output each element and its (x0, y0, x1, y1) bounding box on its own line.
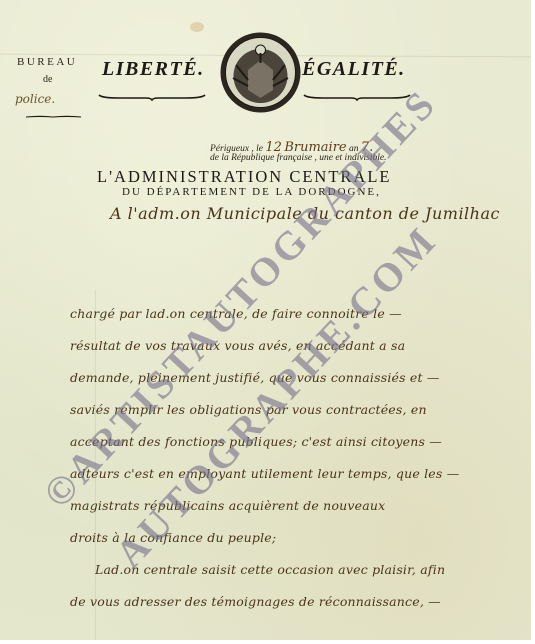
brace-ornament-left (98, 93, 206, 101)
motto-liberte: LIBERTÉ. (102, 58, 205, 81)
bureau-rule-ornament (26, 115, 81, 118)
document-page: BUREAU de police. LIBERTÉ. ÉGALITÉ. Péri… (0, 0, 531, 640)
motto-egalite: ÉGALITÉ. (302, 58, 406, 81)
paper-stain (190, 22, 204, 32)
body-line: de vous adresser des témoignages de réco… (70, 586, 530, 618)
bureau-de-label: de (43, 74, 52, 85)
body-line: chargé par lad.on centrale, de faire con… (70, 298, 530, 330)
body-line: adteurs c'est en employant utilement leu… (70, 458, 530, 490)
bureau-office-handwritten: police. (15, 92, 55, 106)
seal-emblem-icon (218, 30, 303, 115)
bureau-label: BUREAU (17, 56, 77, 68)
